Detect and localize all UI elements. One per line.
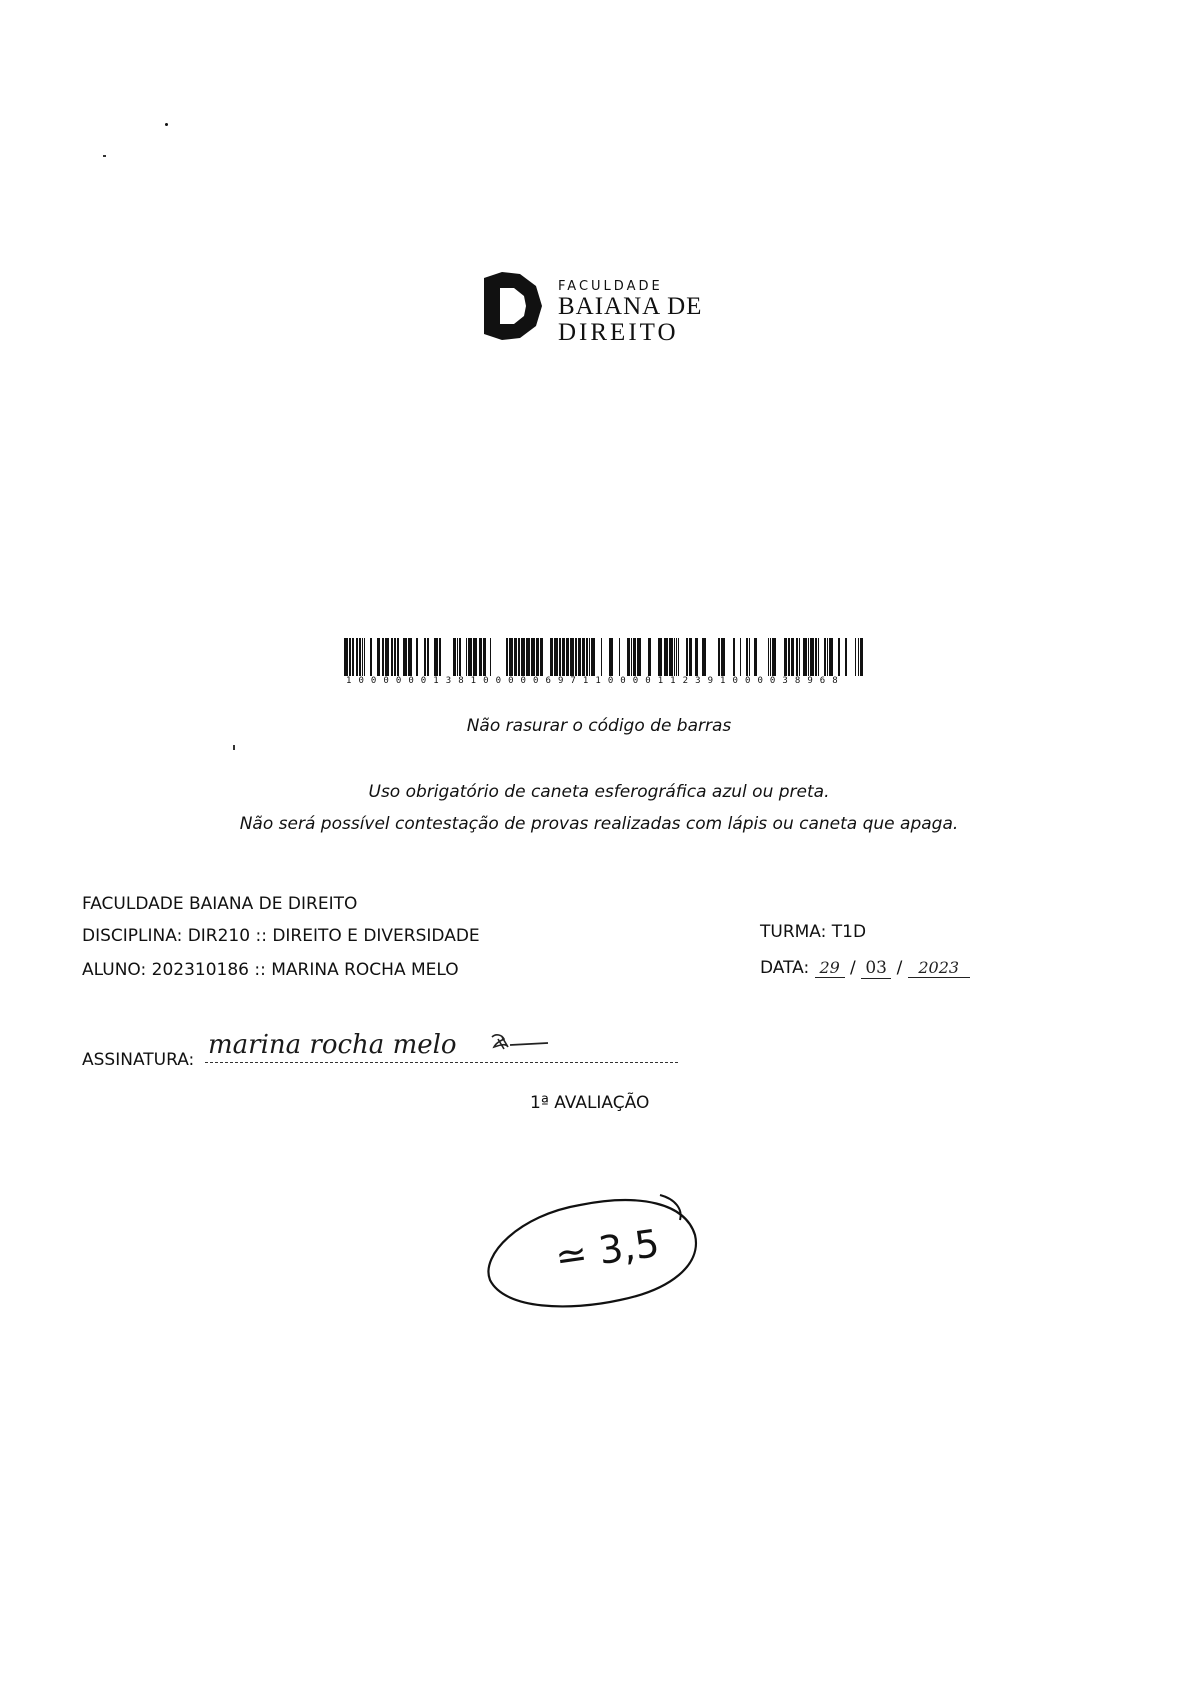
class-value: T1D [832,922,866,942]
date-label: DATA: [760,958,809,978]
barcode-digits: 1000000138100000697110000112391000038968 [346,676,856,686]
signature-scribble-icon [490,1033,550,1055]
date-month-field[interactable]: 03 [861,958,891,979]
scan-speck [165,123,168,126]
discipline-value: DIR210 :: DIREITO E DIVERSIDADE [188,926,480,946]
scan-speck [233,745,235,750]
date-separator: / [850,958,856,978]
student-label: ALUNO: [82,960,146,980]
letter-d-logo-icon [480,270,544,342]
student-value: 202310186 :: MARINA ROCHA MELO [152,960,459,980]
discipline-line: DISCIPLINA: DIR210 :: DIREITO E DIVERSID… [82,926,480,946]
exam-title: 1ª AVALIAÇÃO [530,1093,649,1113]
student-line: ALUNO: 202310186 :: MARINA ROCHA MELO [82,960,459,980]
scan-speck [103,155,106,157]
signature-label: ASSINATURA: [82,1050,194,1070]
instruction-contest: Não será possível contestação de provas … [0,814,1198,834]
institution-name: FACULDADE BAIANA DE DIREITO [82,894,357,914]
barcode-warning: Não rasurar o código de barras [0,716,1198,736]
date-line: DATA: 29 / 03 / 2023 [760,958,970,979]
date-day-field[interactable]: 29 [815,958,845,978]
class-label: TURMA: [760,922,826,942]
signature-handwritten: marina rocha melo [208,1030,457,1060]
logo-direito: DIREITO [558,320,702,346]
date-year-field[interactable]: 2023 [908,958,970,978]
instruction-pen: Uso obrigatório de caneta esferográfica … [0,782,1198,802]
logo-faculdade: FACULDADE [558,280,702,294]
class-line: TURMA: T1D [760,922,866,942]
logo-baiana-de: BAIANA DE [558,294,702,320]
barcode [343,638,861,676]
discipline-label: DISCIPLINA: [82,926,182,946]
date-separator: / [897,958,903,978]
institution-logo: FACULDADE BAIANA DE DIREITO [558,280,702,346]
